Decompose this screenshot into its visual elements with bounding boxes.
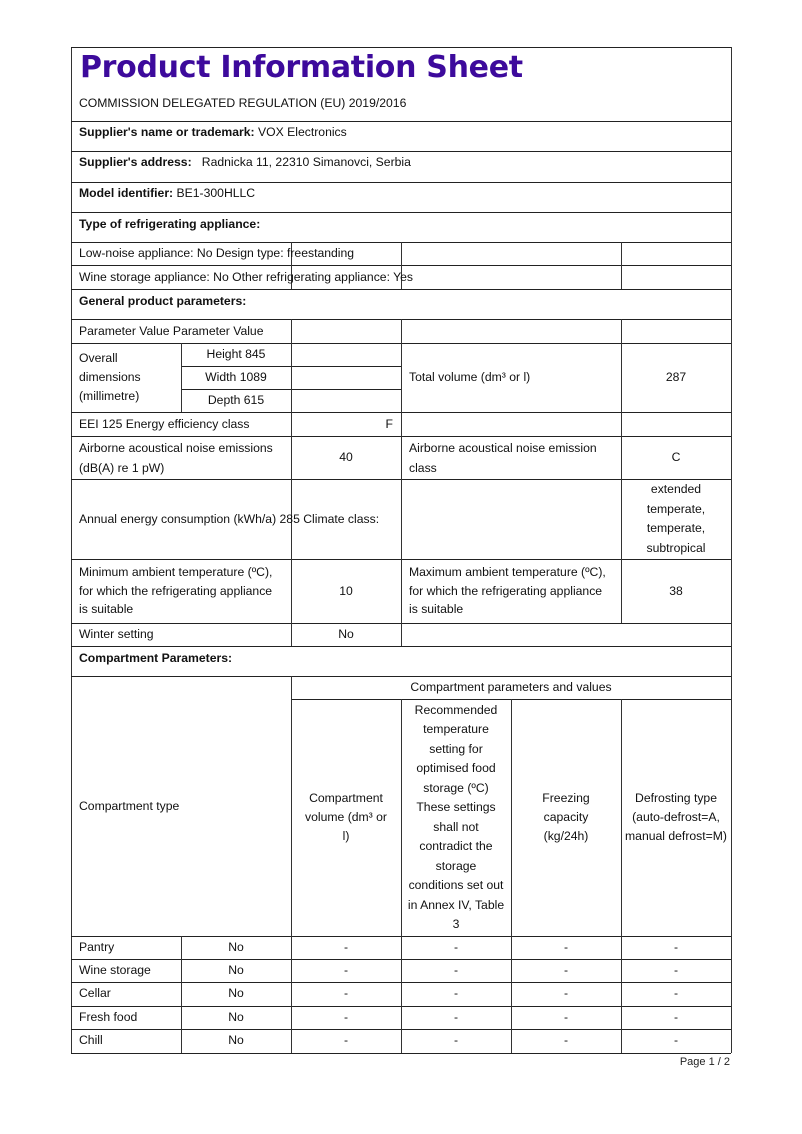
- noise-emissions-label: Airborne acoustical noise emissions (dB(…: [71, 436, 291, 479]
- compartment-volume-cell: -: [291, 959, 401, 982]
- col-header-freezing: Freezing capacity (kg/24h): [511, 699, 621, 936]
- compartment-present-cell: No: [181, 982, 291, 1005]
- total-volume-value: 287: [621, 343, 731, 412]
- compartment-present-cell: No: [181, 1029, 291, 1052]
- winter-setting-label: Winter setting: [71, 623, 291, 646]
- grid-line: [71, 1053, 731, 1054]
- width-value: Width 1089: [181, 366, 291, 389]
- supplier-name-label: Supplier's name or trademark:: [79, 123, 255, 142]
- model-identifier-row: Model identifier: BE1-300HLLC: [71, 182, 731, 204]
- compartment-freezing-cell: -: [511, 959, 621, 982]
- compartment-defrost-cell: -: [621, 1029, 731, 1052]
- compartment-freezing-cell: -: [511, 1006, 621, 1029]
- compartment-volume-cell: -: [291, 1029, 401, 1052]
- compartment-name-cell: Fresh food: [71, 1006, 181, 1029]
- page-title: Product Information Sheet: [80, 50, 523, 85]
- compartment-group-header: Compartment parameters and values: [291, 676, 731, 699]
- supplier-address-label: Supplier's address:: [79, 153, 192, 172]
- compartment-defrost-cell: -: [621, 1006, 731, 1029]
- general-parameters-heading: General product parameters:: [71, 289, 731, 313]
- noise-class-value: C: [621, 436, 731, 479]
- product-information-sheet: Product Information Sheet COMMISSION DEL…: [0, 0, 802, 1134]
- compartment-temp-cell: -: [401, 959, 511, 982]
- min-temp-label: Minimum ambient temperature (ºC), for wh…: [71, 559, 291, 623]
- depth-value: Depth 615: [181, 389, 291, 412]
- supplier-name-row: Supplier's name or trademark: VOX Electr…: [71, 121, 731, 143]
- compartment-type-header: Compartment type: [71, 676, 291, 936]
- grid-line: [731, 47, 732, 1053]
- min-temp-value: 10: [291, 559, 401, 623]
- noise-class-label: Airborne acoustical noise emission class: [401, 436, 621, 479]
- compartment-freezing-cell: -: [511, 936, 621, 959]
- compartment-present-cell: No: [181, 936, 291, 959]
- appliance-type-heading: Type of refrigerating appliance:: [71, 212, 731, 236]
- supplier-address-value: Radnicka 11, 22310 Simanovci, Serbia: [202, 153, 411, 172]
- model-identifier-label: Model identifier:: [79, 184, 173, 203]
- total-volume-label: Total volume (dm³ or l): [401, 343, 621, 412]
- compartment-temp-cell: -: [401, 1029, 511, 1052]
- parameter-header-row: Parameter Value Parameter Value: [71, 319, 291, 343]
- compartment-freezing-cell: -: [511, 1029, 621, 1052]
- appliance-type-row-1: Low-noise appliance: No Design type: fre…: [71, 242, 471, 265]
- compartment-volume-cell: -: [291, 1006, 401, 1029]
- eei-label: EEI 125 Energy efficiency class: [71, 412, 291, 436]
- compartment-present-cell: No: [181, 959, 291, 982]
- col-header-defrost: Defrosting type (auto-defrost=A, manual …: [621, 699, 731, 936]
- energy-class-value: F: [291, 412, 401, 436]
- compartment-name-cell: Chill: [71, 1029, 181, 1052]
- compartment-parameters-heading: Compartment Parameters:: [71, 646, 731, 670]
- compartment-freezing-cell: -: [511, 982, 621, 1005]
- compartment-name-cell: Wine storage: [71, 959, 181, 982]
- compartment-name-cell: Pantry: [71, 936, 181, 959]
- supplier-name-value: VOX Electronics: [258, 123, 347, 142]
- regulation-text: COMMISSION DELEGATED REGULATION (EU) 201…: [71, 92, 731, 114]
- compartment-defrost-cell: -: [621, 936, 731, 959]
- col-header-volume: Compartment volume (dm³ or l): [291, 699, 401, 936]
- height-value: Height 845: [181, 343, 291, 366]
- climate-class-value: extended temperate, temperate, subtropic…: [621, 479, 731, 559]
- dimensions-label: Overall dimensions (millimetre): [71, 343, 181, 412]
- compartment-volume-cell: -: [291, 982, 401, 1005]
- grid-line: [71, 47, 731, 48]
- appliance-type-row-2: Wine storage appliance: No Other refrige…: [71, 265, 471, 289]
- grid-line: [621, 242, 622, 289]
- compartment-temp-cell: -: [401, 936, 511, 959]
- compartment-volume-cell: -: [291, 936, 401, 959]
- compartment-defrost-cell: -: [621, 959, 731, 982]
- compartment-temp-cell: -: [401, 1006, 511, 1029]
- winter-setting-value: No: [291, 623, 401, 646]
- annual-energy-label: Annual energy consumption (kWh/a) 285 Cl…: [71, 479, 471, 559]
- model-identifier-value: BE1-300HLLC: [177, 184, 256, 203]
- compartment-present-cell: No: [181, 1006, 291, 1029]
- compartment-defrost-cell: -: [621, 982, 731, 1005]
- max-temp-value: 38: [621, 559, 731, 623]
- col-header-temperature: Recommended temperature setting for opti…: [401, 699, 511, 936]
- supplier-address-row: Supplier's address: Radnicka 11, 22310 S…: [71, 151, 731, 173]
- max-temp-label: Maximum ambient temperature (ºC), for wh…: [401, 559, 621, 623]
- noise-emissions-value: 40: [291, 436, 401, 479]
- compartment-temp-cell: -: [401, 982, 511, 1005]
- page-number: Page 1 / 2: [680, 1056, 730, 1068]
- compartment-name-cell: Cellar: [71, 982, 181, 1005]
